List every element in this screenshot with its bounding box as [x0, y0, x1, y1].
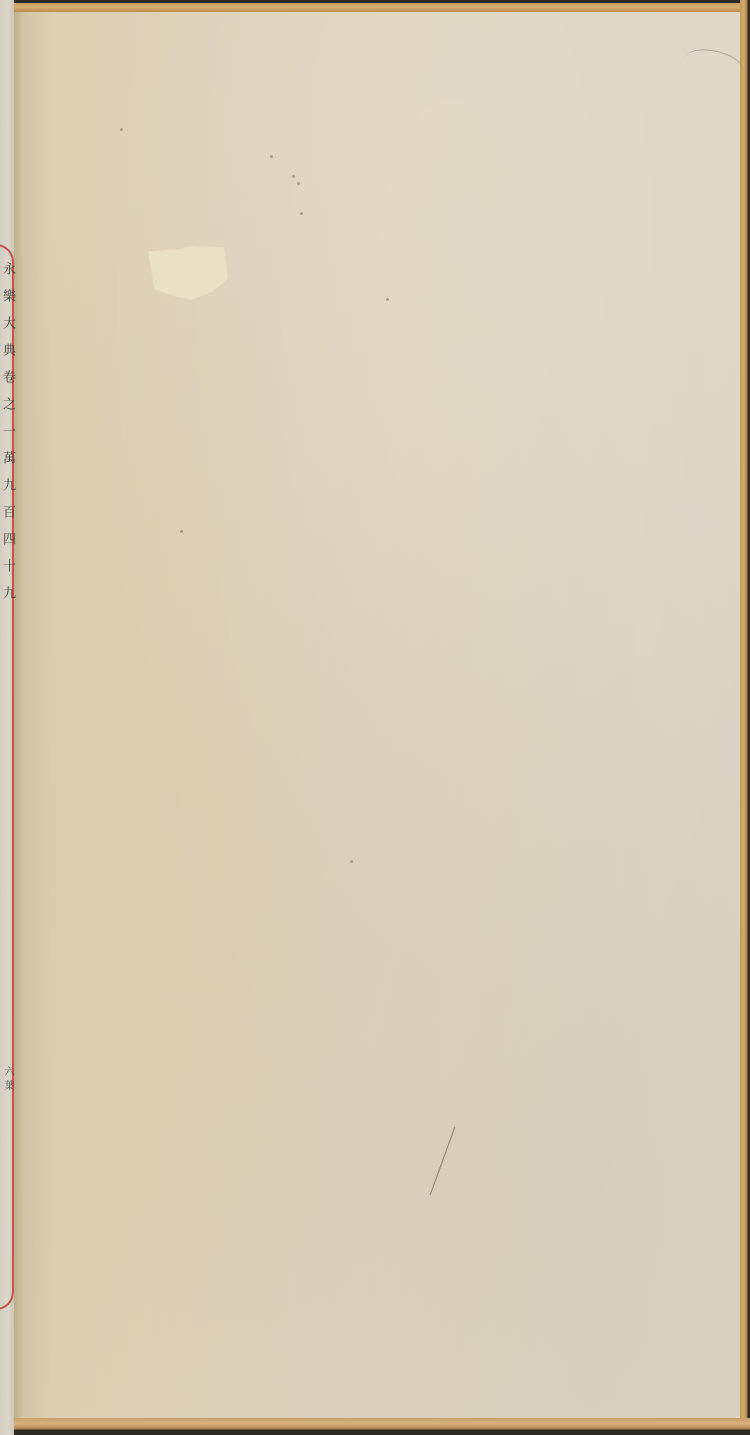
- book-spine-margin: 永樂大典卷之一萬九百四十九 六葉: [0, 0, 14, 1435]
- blank-page: [14, 12, 740, 1418]
- page-gutter-shadow: [14, 12, 24, 1418]
- spine-volume-title: 永樂大典卷之一萬九百四十九: [0, 262, 14, 613]
- frame-bottom-edge: [14, 1418, 750, 1435]
- ink-speck: [180, 530, 183, 533]
- frame-right-edge: [740, 0, 750, 1435]
- spine-leaf-number: 六葉: [0, 1066, 14, 1094]
- ink-speck: [120, 128, 123, 131]
- ink-speck: [300, 212, 303, 215]
- ink-speck: [292, 175, 295, 178]
- ink-speck: [270, 155, 273, 158]
- ink-speck: [350, 860, 353, 863]
- ink-speck: [297, 182, 300, 185]
- ink-speck: [386, 298, 389, 301]
- frame-top-edge: [14, 0, 750, 12]
